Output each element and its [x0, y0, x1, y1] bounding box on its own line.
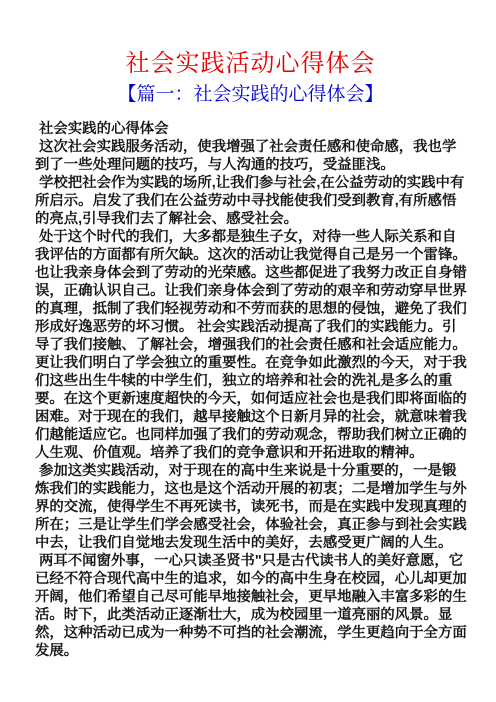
section-heading: 【篇一：社会实践的心得体会】	[35, 83, 466, 107]
body-paragraph: 学校把社会作为实践的场所,让我们参与社会,在公益劳动的实践中有所启示。启发了我们…	[35, 174, 467, 228]
body-paragraph: 处于这个时代的我们，大多都是独生子女，对待一些人际关系和自我评估的方面都有所欠缺…	[35, 228, 467, 462]
body-paragraph: 这次社会实践服务活动，使我增强了社会责任感和使命感，我也学到了一些处理问题的技巧…	[35, 138, 467, 174]
body-paragraph: 参加这类实践活动，对于现在的高中生来说是十分重要的，一是锻炼我们的实践能力，这也…	[35, 462, 467, 552]
body-paragraph: 社会实践的心得体会	[35, 120, 467, 138]
document-page: 社会实践活动心得体会 【篇一：社会实践的心得体会】 社会实践的心得体会 这次社会…	[0, 0, 496, 702]
document-body: 社会实践的心得体会 这次社会实践服务活动，使我增强了社会责任感和使命感，我也学到…	[35, 120, 467, 660]
document-title: 社会实践活动心得体会	[35, 48, 466, 80]
body-paragraph: 两耳不闻窗外事，一心只读圣贤书"只是古代读书人的美好意愿，它已经不符合现代高中生…	[35, 552, 467, 660]
